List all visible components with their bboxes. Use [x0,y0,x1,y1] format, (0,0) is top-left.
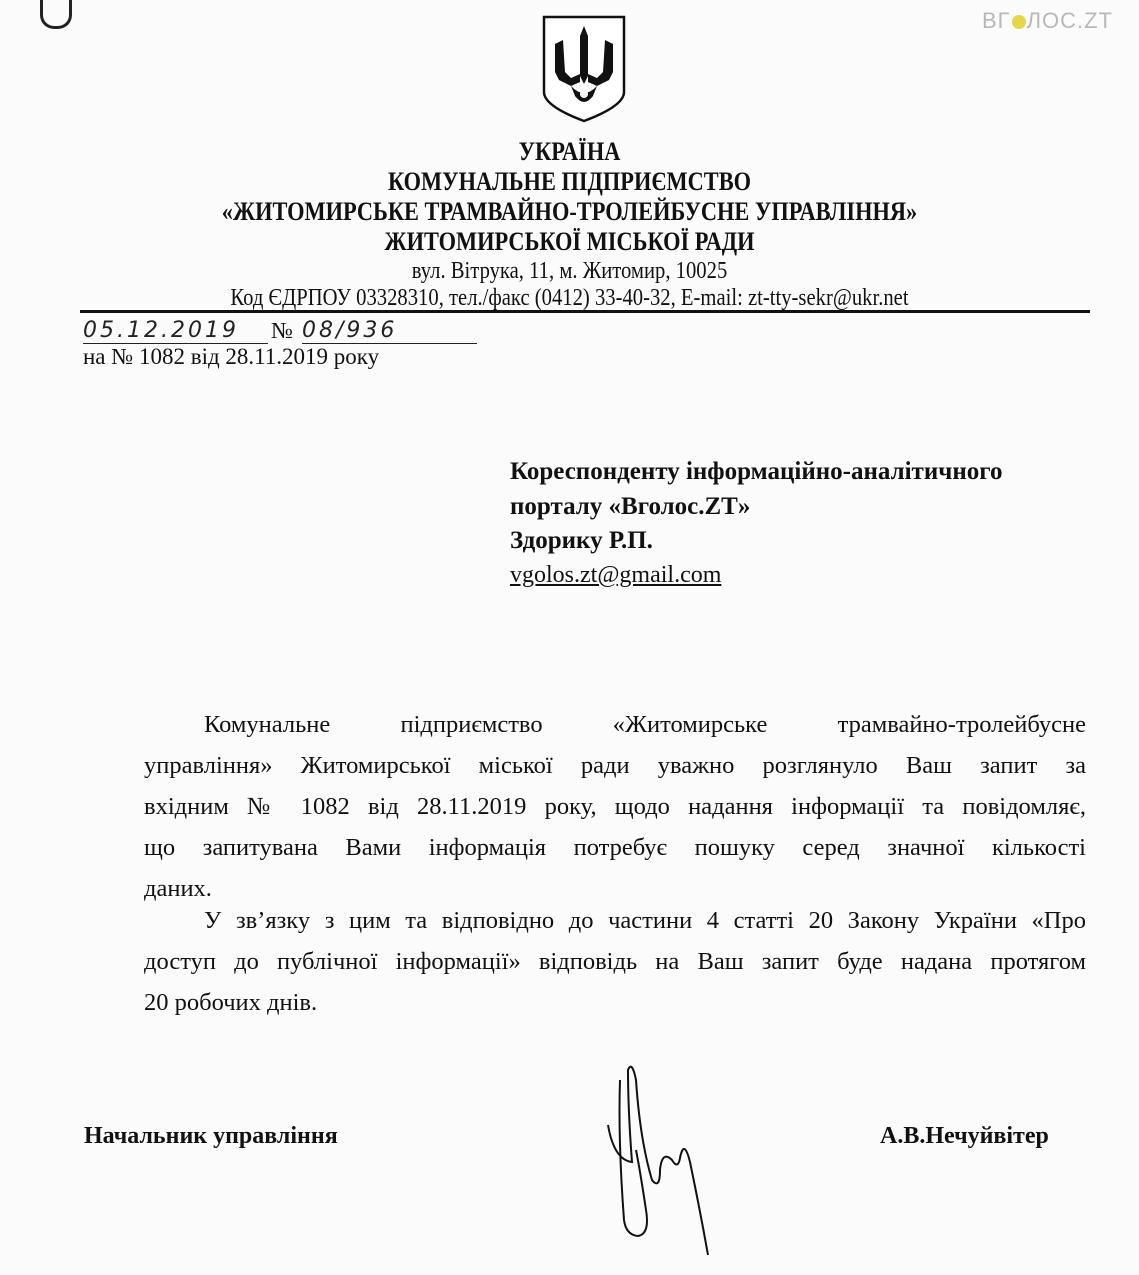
outgoing-number-label: № [271,318,293,344]
watermark-text-right: ЛОС.ZT [1027,8,1113,34]
letterhead-contacts: Код ЄДРПОУ 03328310, тел./факс (0412) 33… [80,285,1060,312]
site-watermark: ВГ ЛОС.ZT [982,8,1113,34]
recipient-line-1: Кореспонденту інформаційно-аналітичного [510,458,1002,486]
body-p1-line-4: що запитувана Вами інформація потребує п… [84,827,1086,868]
org-email-link[interactable]: zt-tty-sekr@ukr.net [748,285,909,311]
letterhead-org-parent: ЖИТОМИРСЬКОЇ МІСЬКОЇ РАДИ [80,227,1060,257]
body-p2-line-3: 20 робочих днів. [84,982,1086,1023]
recipient-email-link[interactable]: vgolos.zt@gmail.com [510,562,721,589]
recipient-name: Здорику Р.П. [510,527,653,555]
body-p2-line-1: У зв’язку з цим та відповідно до частини… [84,900,1086,941]
signatory-title: Начальник управління [84,1123,338,1150]
handwritten-signature [580,1050,730,1270]
body-p1-line-1: Комунальне підприємство «Житомирське тра… [84,704,1086,745]
watermark-logo-icon [1012,15,1026,29]
trident-coat-of-arms-icon [541,14,627,124]
letterhead-divider [80,310,1090,313]
letterhead-country: УКРАЇНА [80,137,1060,167]
signatory-name: А.В.Нечуйвітер [880,1123,1049,1150]
body-paragraph-2: У зв’язку з цим та відповідно до частини… [84,900,1086,1023]
paper-clip-mark [40,0,72,29]
body-p1-line-3: вхідним № 1082 від 28.11.2019 року, щодо… [84,786,1086,827]
body-p1-line-2: управління» Житомирської міської ради ув… [84,745,1086,786]
letterhead-org-name: «ЖИТОМИРСЬКЕ ТРАМВАЙНО-ТРОЛЕЙБУСНЕ УПРАВ… [80,197,1060,227]
contacts-text: Код ЄДРПОУ 03328310, тел./факс (0412) 33… [230,285,748,311]
recipient-line-2: порталу «Вголос.ZT» [510,493,750,521]
body-p2-line-2: доступ до публічної інформації» відповід… [84,941,1086,982]
watermark-text-left: ВГ [982,8,1011,34]
letterhead-address: вул. Вітрука, 11, м. Житомир, 10025 [80,258,1060,285]
body-paragraph-1: Комунальне підприємство «Житомирське тра… [84,704,1086,909]
letterhead-org-type: КОМУНАЛЬНЕ ПІДПРИЄМСТВО [80,167,1060,197]
incoming-reference: на № 1082 від 28.11.2019 року [83,344,379,370]
outgoing-date: 05.12.2019 [83,318,268,344]
outgoing-number: 08/936 [302,318,477,344]
